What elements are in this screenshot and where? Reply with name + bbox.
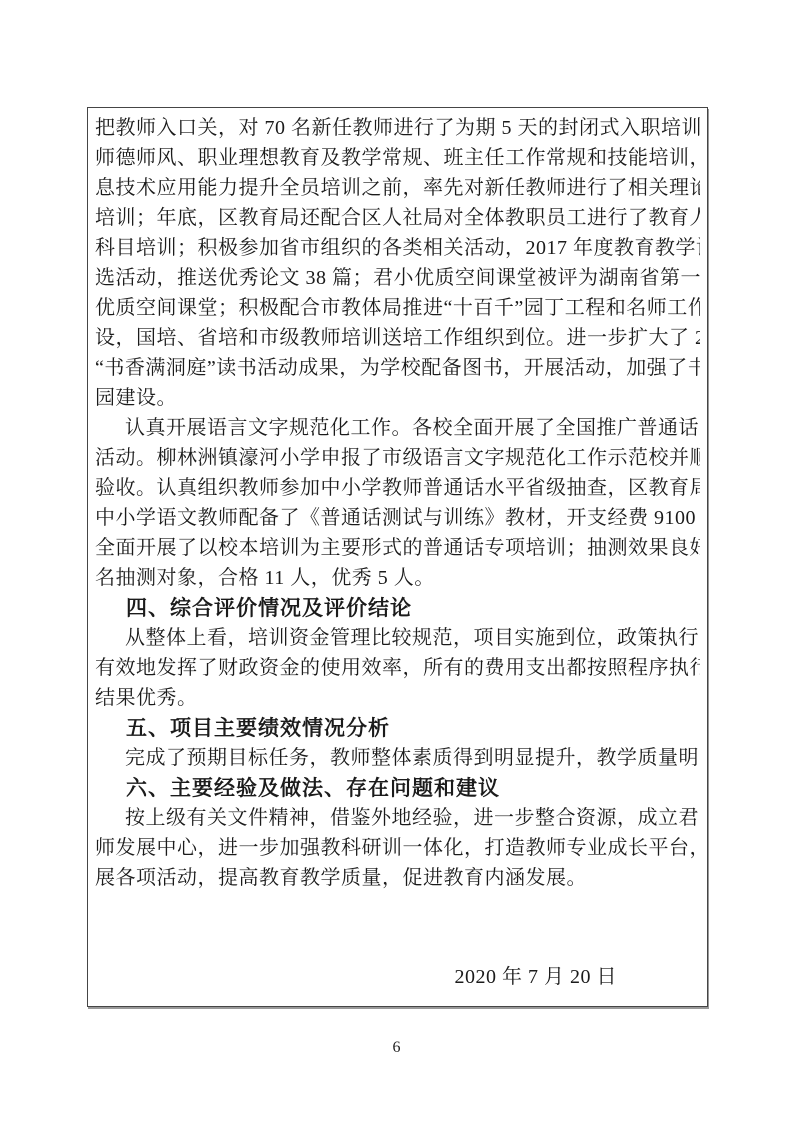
text-line: 结果优秀。 (95, 683, 700, 713)
text-line: 园建设。 (95, 383, 700, 413)
text-line: 有效地发挥了财政资金的使用效率，所有的费用支出都按照程序执行，考评 (95, 653, 700, 683)
paragraph-overall-evaluation: 从整体上看，培训资金管理比较规范，项目实施到位，政策执行良好，有效地发挥了财政资… (95, 623, 700, 713)
page-number: 6 (0, 1039, 793, 1057)
text-line: 把教师入口关，对 70 名新任教师进行了为期 5 天的封闭式入职培训，进行 (95, 113, 700, 143)
text-line: 中小学语文教师配备了《普通话测试与训练》教材，开支经费 9100 元，并 (95, 503, 700, 533)
text-line: 培训；年底，区教育局还配合区人社局对全体教职员工进行了教育人事公需 (95, 203, 700, 233)
text-line: 选活动，推送优秀论文 38 篇；君小优质空间课堂被评为湖南省第一批合格 (95, 263, 700, 293)
signature-date: 2020 年 7 月 20 日 (455, 960, 618, 989)
text-line: 从整体上看，培训资金管理比较规范，项目实施到位，政策执行良好， (95, 623, 700, 653)
text-line: 科目培训；积极参加省市组织的各类相关活动，2017 年度教育教学论文评 (95, 233, 700, 263)
text-line: 息技术应用能力提升全员培训之前，率先对新任教师进行了相关理论与实践 (95, 173, 700, 203)
text-line: 名抽测对象，合格 11 人，优秀 5 人。 (95, 563, 700, 593)
text-line: 完成了预期目标任务，教师整体素质得到明显提升，教学质量明显提高。 (95, 743, 700, 773)
text-line: 师德师风、职业理想教育及教学常规、班主任工作常规和技能培训，并在信 (95, 143, 700, 173)
section-heading-6: 六、主要经验及做法、存在问题和建议 (95, 773, 700, 803)
text-line: 认真开展语言文字规范化工作。各校全面开展了全国推广普通话宣传周 (95, 413, 700, 443)
text-line: 优质空间课堂；积极配合市教体局推进“十百千”园丁工程和名师工作室建 (95, 293, 700, 323)
paragraph-training-continued: 把教师入口关，对 70 名新任教师进行了为期 5 天的封闭式入职培训，进行师德师… (95, 113, 700, 413)
text-line: 按上级有关文件精神，借鉴外地经验，进一步整合资源，成立君山区教 (95, 803, 700, 833)
text-line: 验收。认真组织教师参加中小学教师普通话水平省级抽查，区教育局为全体 (95, 473, 700, 503)
paragraph-experience-suggestions: 按上级有关文件精神，借鉴外地经验，进一步整合资源，成立君山区教师发展中心，进一步… (95, 803, 700, 893)
report-table-cell: 把教师入口关，对 70 名新任教师进行了为期 5 天的封闭式入职培训，进行师德师… (87, 107, 708, 1007)
section-heading-5: 五、项目主要绩效情况分析 (95, 713, 700, 743)
text-line: 设，国培、省培和市级教师培训送培工作组织到位。进一步扩大了 2017 年 (95, 323, 700, 353)
text-line: 展各项活动，提高教育教学质量，促进教育内涵发展。 (95, 863, 700, 893)
section-heading-4: 四、综合评价情况及评价结论 (95, 593, 700, 623)
text-line: 师发展中心，进一步加强教科研训一体化，打造教师专业成长平台，积极开 (95, 833, 700, 863)
document-page: 把教师入口关，对 70 名新任教师进行了为期 5 天的封闭式入职培训，进行师德师… (0, 0, 793, 1122)
paragraph-language-standardization: 认真开展语言文字规范化工作。各校全面开展了全国推广普通话宣传周活动。柳林洲镇濠河… (95, 413, 700, 593)
text-line: 活动。柳林洲镇濠河小学申报了市级语言文字规范化工作示范校并顺利通过 (95, 443, 700, 473)
text-line: 全面开展了以校本培训为主要形式的普通话专项培训；抽测效果良好，20 (95, 533, 700, 563)
text-line: “书香满洞庭”读书活动成果，为学校配备图书，开展活动，加强了书香校 (95, 353, 700, 383)
paragraph-performance-analysis: 完成了预期目标任务，教师整体素质得到明显提升，教学质量明显提高。 (95, 743, 700, 773)
